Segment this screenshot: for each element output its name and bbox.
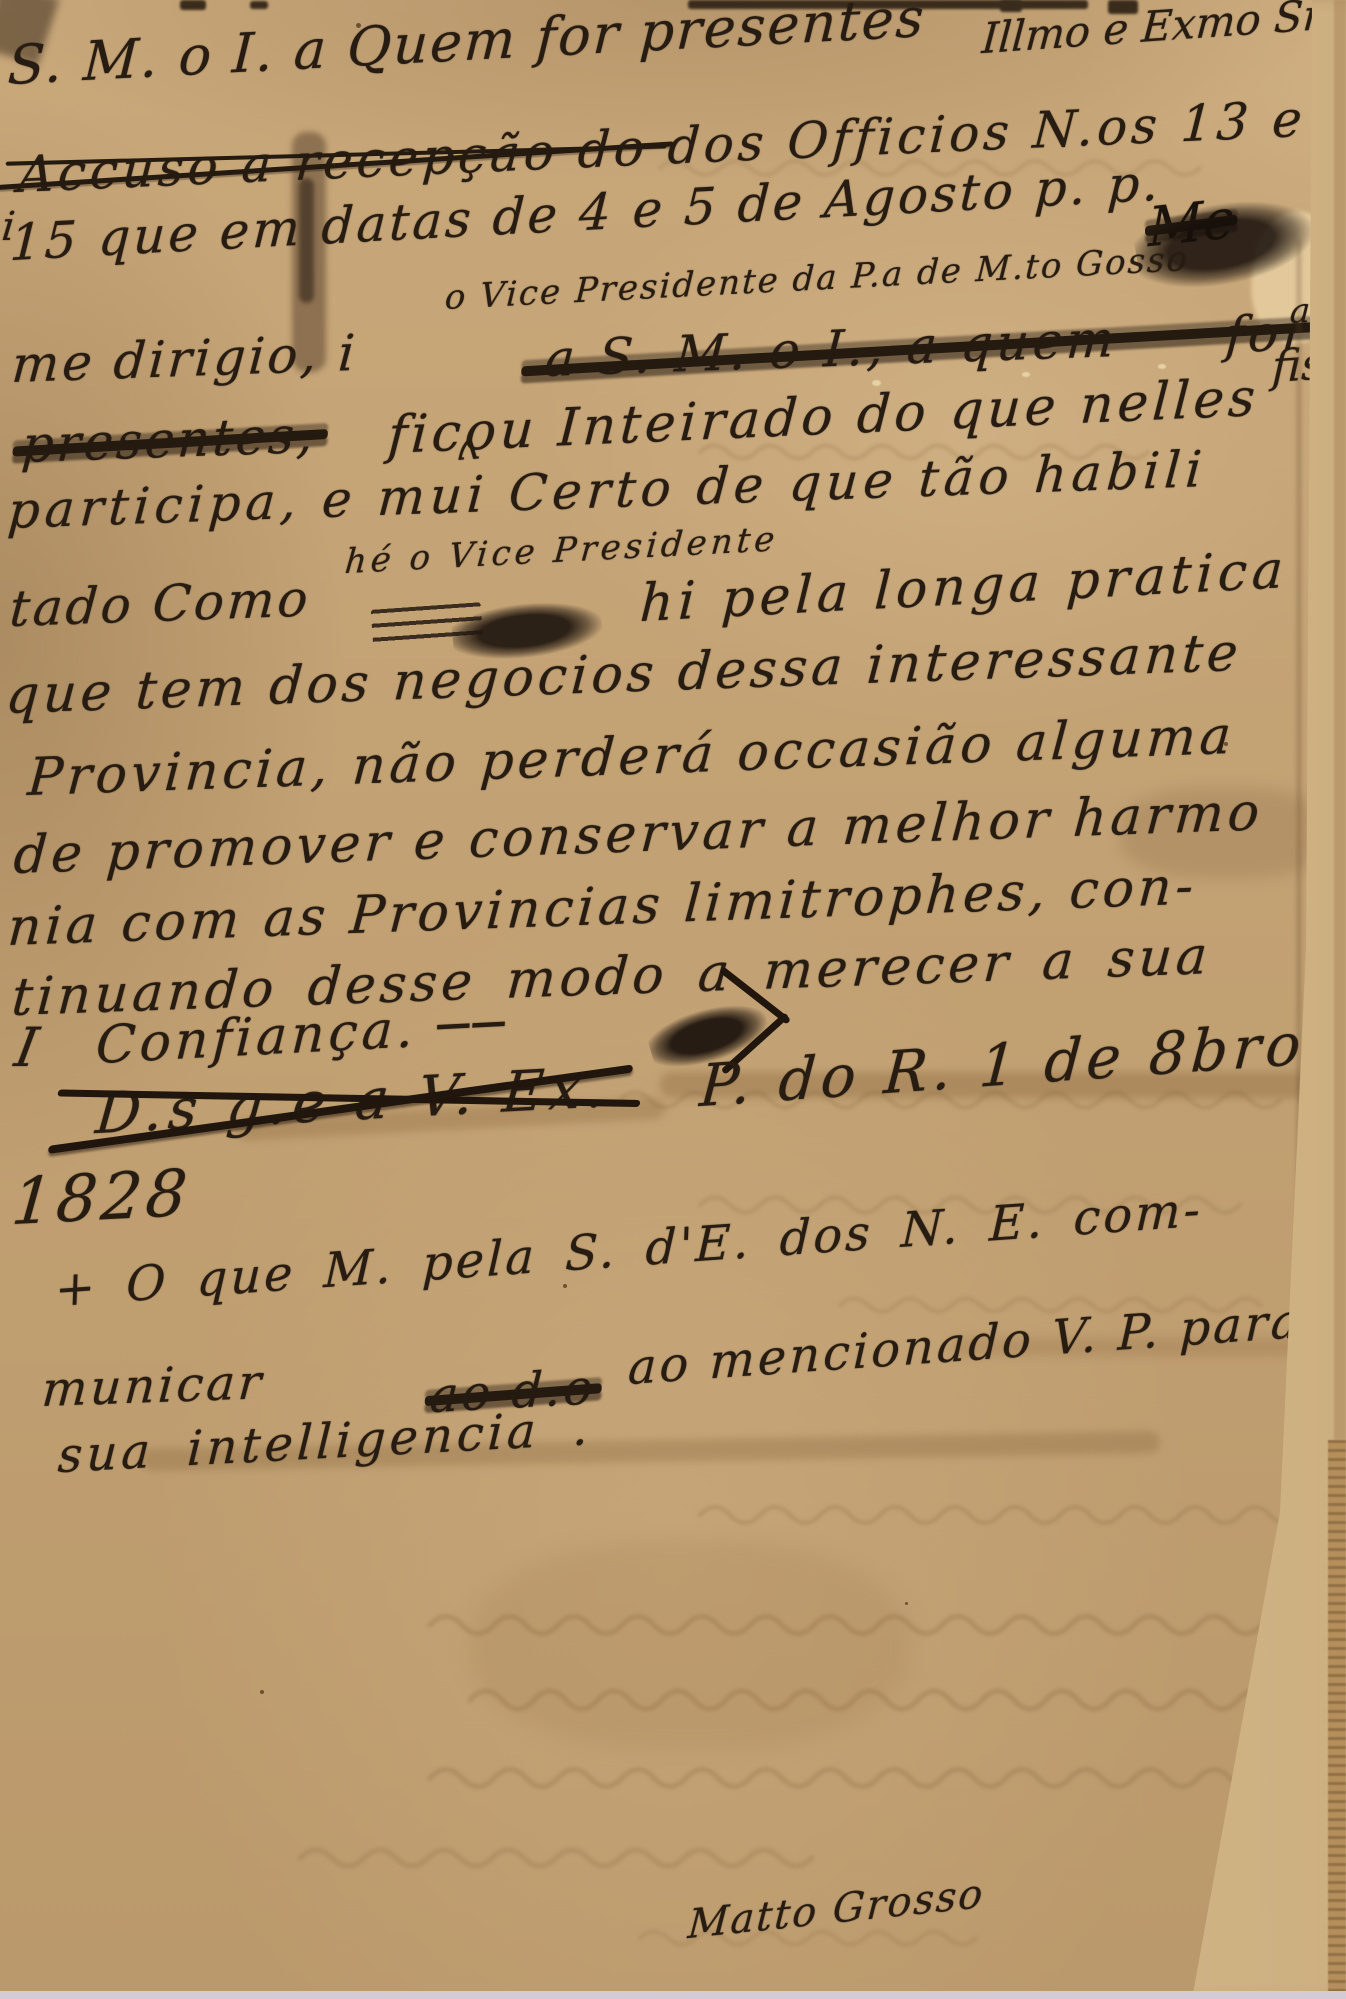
scan-background-strip: [0, 1991, 1346, 1999]
manuscript-line-7: tado Como: [8, 569, 313, 638]
postscript-line-2: municar: [40, 1354, 266, 1418]
paper-speck: [563, 1284, 567, 1288]
paper-speck: [260, 1690, 264, 1694]
manuscript-line-5-struck: presentes,: [20, 406, 318, 474]
struck-text: presentes,: [20, 406, 318, 474]
bleed-line: [430, 1770, 1294, 1787]
scan-edge-mark: [250, 1, 268, 9]
bleed-line: [470, 1691, 1302, 1709]
bleed-line: [700, 1507, 1300, 1523]
ink-fleck: [1022, 372, 1030, 377]
book-fore-edge: [1334, 0, 1346, 1440]
manuscript-page: S. M. o I. a Quem for presentes Illmo e …: [0, 0, 1346, 1999]
scan-edge-mark: [1000, 0, 1022, 12]
scan-edge-mark: [180, 0, 206, 10]
year-text: 1828: [9, 1156, 194, 1240]
year-line: 1828: [9, 1156, 194, 1240]
line-text: me dirigio, i: [10, 324, 360, 394]
line-text: tado Como: [8, 569, 313, 638]
book-fore-edge-rough: [1328, 1440, 1346, 1999]
bleed-line: [430, 1617, 1326, 1634]
bleed-line: [300, 1850, 812, 1866]
ink-fleck: [1158, 364, 1166, 369]
manuscript-line-4: me dirigio, i: [10, 324, 360, 394]
line-text: municar: [40, 1354, 266, 1418]
paper-speck: [905, 1602, 908, 1605]
